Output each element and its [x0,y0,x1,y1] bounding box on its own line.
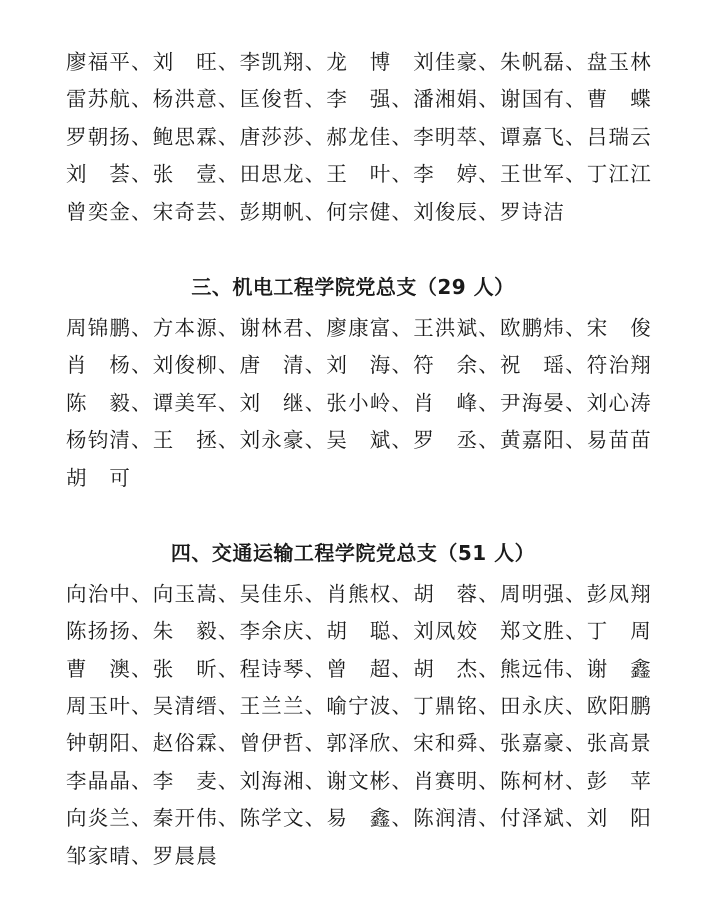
name-line: 周玉叶、吴清缙、王兰兰、喻宁波、丁鼎铭、田永庆、欧阳鹏 [66,688,646,725]
name-line: 李晶晶、李 麦、刘海湘、谢文彬、肖赛明、陈柯材、彭 苹 [66,763,646,800]
name-line: 陈扬扬、朱 毅、李余庆、胡 聪、刘凤姣 郑文胜、丁 周 [66,613,646,650]
name-line: 陈 毅、谭美军、刘 继、张小岭、肖 峰、尹海晏、刘心涛 [66,385,646,422]
name-line: 钟朝阳、赵俗霖、曾伊哲、郭泽欣、宋和舜、张嘉豪、张高景 [66,725,646,762]
name-line: 廖福平、刘 旺、李凯翔、龙 博 刘佳豪、朱帆磊、盘玉林 [66,44,646,81]
spacer [66,231,646,269]
section-heading: 四、交通运输工程学院党总支（51 人） [60,535,646,572]
name-line: 肖 杨、刘俊柳、唐 清、刘 海、符 余、祝 瑶、符治翔 [66,347,646,384]
name-line: 向治中、向玉嵩、吴佳乐、肖熊权、胡 蓉、周明强、彭凤翔 [66,576,646,613]
name-line: 罗朝扬、鲍思霖、唐莎莎、郝龙佳、李明萃、谭嘉飞、吕瑞云 [66,119,646,156]
name-line: 胡 可 [66,460,646,497]
spacer [66,497,646,535]
name-line: 曹 澳、张 昕、程诗琴、曾 超、胡 杰、熊远伟、谢 鑫 [66,651,646,688]
name-line: 雷苏航、杨洪意、匡俊哲、李 强、潘湘娟、谢国有、曹 蝶 [66,81,646,118]
document-page: 廖福平、刘 旺、李凯翔、龙 博 刘佳豪、朱帆磊、盘玉林 雷苏航、杨洪意、匡俊哲、… [66,44,646,875]
section-heading: 三、机电工程学院党总支（29 人） [60,269,646,306]
name-line: 向炎兰、秦开伟、陈学文、易 鑫、陈润清、付泽斌、刘 阳 [66,800,646,837]
name-line: 邹家晴、罗晨晨 [66,838,646,875]
name-line: 周锦鹏、方本源、谢林君、廖康富、王洪斌、欧鹏炜、宋 俊 [66,310,646,347]
name-list-continued: 廖福平、刘 旺、李凯翔、龙 博 刘佳豪、朱帆磊、盘玉林 雷苏航、杨洪意、匡俊哲、… [66,44,646,231]
name-line: 杨钧清、王 拯、刘永豪、吴 斌、罗 丞、黄嘉阳、易苗苗 [66,422,646,459]
section-mechanical-electrical: 三、机电工程学院党总支（29 人） 周锦鹏、方本源、谢林君、廖康富、王洪斌、欧鹏… [66,269,646,497]
section-transportation: 四、交通运输工程学院党总支（51 人） 向治中、向玉嵩、吴佳乐、肖熊权、胡 蓉、… [66,535,646,875]
name-line: 刘 荟、张 壹、田思龙、王 叶、李 婷、王世军、丁江江 [66,156,646,193]
name-line: 曾奕金、宋奇芸、彭期帆、何宗健、刘俊辰、罗诗洁 [66,194,646,231]
